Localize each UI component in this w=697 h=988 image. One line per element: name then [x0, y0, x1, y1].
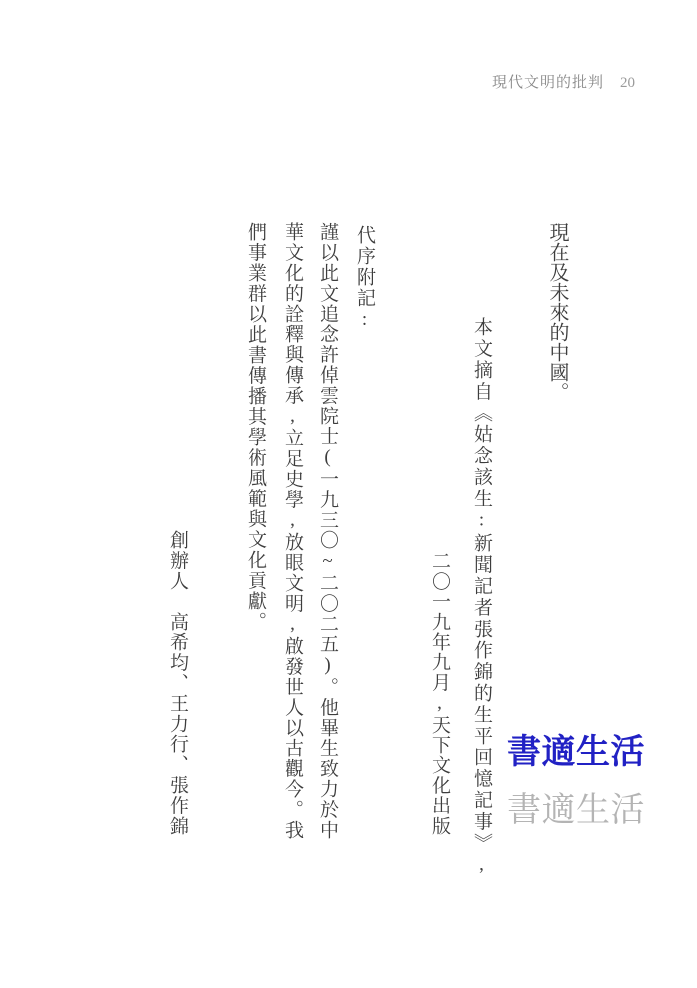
running-head: 現代文明的批判 20: [492, 71, 635, 92]
watermark: 書適生活 書適生活: [507, 736, 645, 828]
text-column-source-line-2: 二〇一九年九月,天下文化出版: [430, 551, 449, 836]
text-column-postscript-heading: 代序附記:: [355, 225, 374, 332]
watermark-gray-text: 書適生活: [507, 794, 645, 828]
book-page: 現代文明的批判 20 現在及未來的中國。 本文摘自《姑念該生:新聞記者張作錦的生…: [0, 0, 697, 988]
text-column-founders-line: 創辦人 高希均、王力行、張作錦: [168, 530, 187, 836]
text-column-postscript-line-1: 謹以此文追念許倬雲院士(一九三〇~二〇二五)。他畢生致力於中: [318, 222, 337, 840]
running-head-title: 現代文明的批判: [492, 71, 604, 92]
text-column-postscript-line-3: 們事業群以此書傳播其學術風範與文化貢獻。: [246, 222, 265, 632]
watermark-blue-text: 書適生活: [507, 736, 645, 770]
text-column-source-line-1: 本文摘自《姑念該生:新聞記者張作錦的生平回憶記事》,: [472, 317, 491, 877]
page-number: 20: [620, 75, 635, 92]
text-column-opening-line: 現在及未來的中國。: [547, 222, 567, 402]
text-column-postscript-line-2: 華文化的詮釋與傳承,立足史學,放眼文明,啟發世人以古觀今。我: [283, 222, 302, 840]
